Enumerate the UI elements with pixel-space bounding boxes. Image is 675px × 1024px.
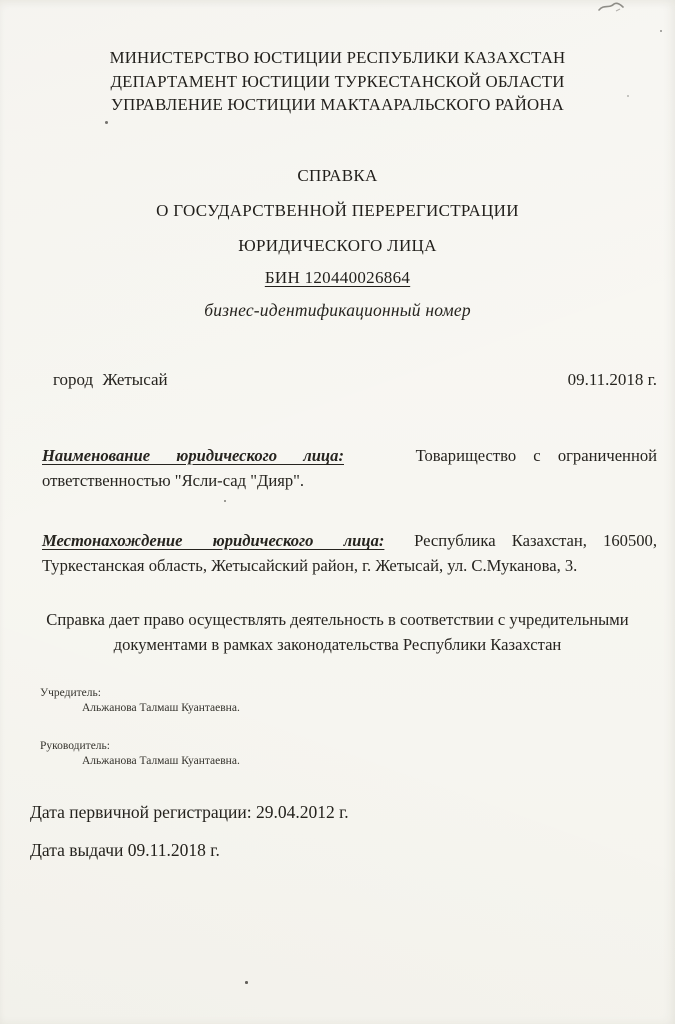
location-section-line1: Местонахождение юридического лица: Респу… [42,530,657,553]
founder-name: Альжанова Талмаш Куантаевна. [82,701,240,716]
document-title: СПРАВКА [0,166,675,186]
name-value-line1: Товарищество с ограниченной [416,445,657,468]
head-name: Альжанова Талмаш Куантаевна. [82,754,240,769]
issuing-authority-header: МИНИСТЕРСТВО ЮСТИЦИИ РЕСПУБЛИКИ КАЗАХСТА… [0,46,675,117]
location-label: Местонахождение юридического лица: [42,530,384,553]
location-value-line2: Туркестанская область, Жетысайский район… [42,555,657,578]
document-subject-line1: О ГОСУДАРСТВЕННОЙ ПЕРЕРЕГИСТРАЦИИ [0,201,675,221]
name-value-line2: ответственностью "Ясли-сад "Дияр". [42,470,657,493]
scan-speck [224,500,226,502]
pen-smudge-mark [596,1,630,15]
location-value-line1: Республика Казахстан, 160500, [414,530,657,553]
bin-caption: бизнес-идентификационный номер [0,300,675,321]
scan-speck [105,121,108,124]
legal-entity-name-section: Наименование юридического лица: Товарище… [42,445,657,492]
issue-city: город Жетысай [53,370,168,390]
founder-block: Учредитель: Альжанова Талмаш Куантаевна. [40,686,240,716]
founder-label: Учредитель: [40,686,240,701]
name-label: Наименование юридического лица: [42,445,344,468]
header-line-department: ДЕПАРТАМЕНТ ЮСТИЦИИ ТУРКЕСТАНСКОЙ ОБЛАСТ… [0,70,675,94]
document-subject-line2: ЮРИДИЧЕСКОГО ЛИЦА [0,236,675,256]
rights-statement-paragraph: Справка дает право осуществлять деятельн… [30,607,645,657]
scan-speck [660,30,662,32]
header-line-office: УПРАВЛЕНИЕ ЮСТИЦИИ МАКТААРАЛЬСКОГО РАЙОН… [0,93,675,117]
name-section-line1: Наименование юридического лица: Товарище… [42,445,657,468]
issue-place-date-row: город Жетысай 09.11.2018 г. [53,370,657,390]
issue-date: 09.11.2018 г. [568,370,657,390]
head-label: Руководитель: [40,739,240,754]
head-block: Руководитель: Альжанова Талмаш Куантаевн… [40,739,240,769]
header-line-ministry: МИНИСТЕРСТВО ЮСТИЦИИ РЕСПУБЛИКИ КАЗАХСТА… [0,46,675,70]
certificate-scan-page: МИНИСТЕРСТВО ЮСТИЦИИ РЕСПУБЛИКИ КАЗАХСТА… [0,0,675,1024]
bin-number: БИН 120440026864 [0,268,675,288]
legal-entity-location-section: Местонахождение юридического лица: Респу… [42,530,657,577]
issue-date-line: Дата выдачи 09.11.2018 г. [30,840,220,861]
rights-statement-text: Справка дает право осуществлять деятельн… [36,607,640,657]
first-registration-date-line: Дата первичной регистрации: 29.04.2012 г… [30,802,349,823]
scan-speck [245,981,248,984]
